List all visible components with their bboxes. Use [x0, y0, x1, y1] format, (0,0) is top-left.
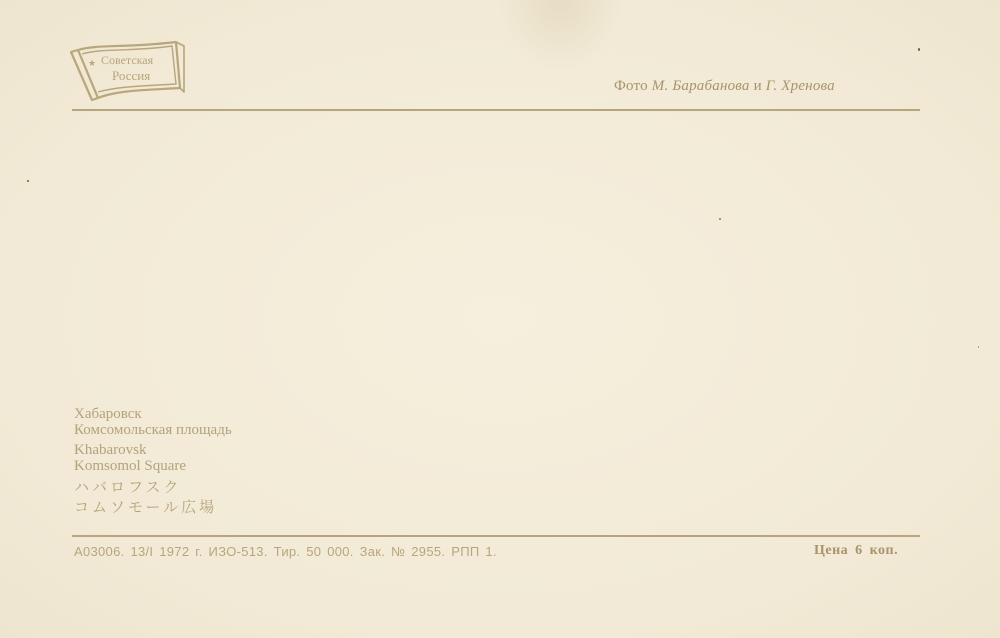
- paper-speck: [719, 218, 721, 220]
- caption-jp-place: コムソモール広場: [74, 497, 232, 517]
- credit-author-2: Г. Хренова: [766, 78, 835, 94]
- paper-speck: [27, 180, 29, 182]
- caption-block: Хабаровск Комсомольская площадь Khabarov…: [74, 406, 232, 517]
- svg-text:★: ★: [88, 59, 96, 69]
- caption-en-city: Khabarovsk: [74, 442, 232, 458]
- paper-speck: [918, 48, 920, 51]
- top-divider: [72, 109, 920, 111]
- logo-line2: Россия: [112, 68, 150, 83]
- star-flag-icon: ★ Советская Россия: [68, 38, 186, 104]
- photo-credit: Фото М. Барабанова и Г. Хренова: [614, 78, 835, 95]
- credit-conjunction: и: [754, 78, 762, 94]
- price-label: Цена 6 коп.: [814, 543, 898, 559]
- bottom-divider: [72, 535, 920, 537]
- print-imprint: А03006. 13/I 1972 г. ИЗО-513. Тир. 50 00…: [74, 544, 497, 559]
- credit-prefix: Фото: [614, 78, 648, 94]
- publisher-logo: ★ Советская Россия: [68, 38, 186, 104]
- paper-speck: [978, 346, 979, 348]
- caption-en-place: Komsomol Square: [74, 458, 232, 474]
- credit-author-1: М. Барабанова: [652, 78, 750, 94]
- logo-line1: Советская: [101, 53, 154, 67]
- caption-ru-city: Хабаровск: [74, 406, 232, 422]
- caption-ru-place: Комсомольская площадь: [74, 422, 232, 438]
- caption-jp-city: ハバロフスク: [74, 477, 232, 497]
